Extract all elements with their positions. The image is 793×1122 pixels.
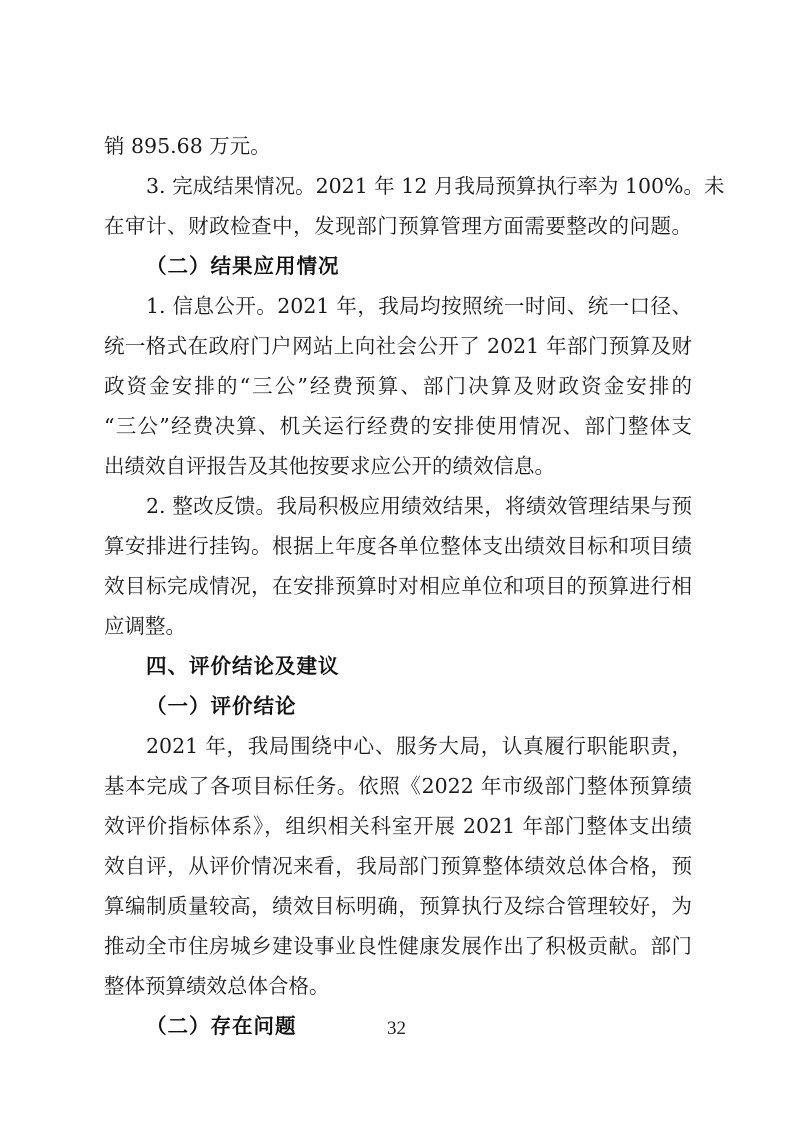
paragraph-line: 算安排进行挂钩。根据上年度各单位整体支出绩效目标和项目绩 [104, 526, 692, 566]
paragraph-line: 基本完成了各项目标任务。依照《2022 年市级部门整体预算绩 [104, 766, 692, 806]
section-heading: 四、评价结论及建议 [146, 646, 340, 686]
paragraph-line: “三公”经费决算、机关运行经费的安排使用情况、部门整体支 [104, 406, 692, 446]
document-page: 销 895.68 万元。3. 完成结果情况。2021 年 12 月我局预算执行率… [0, 0, 793, 1122]
section-heading: （二）结果应用情况 [146, 246, 340, 286]
paragraph-line: 在审计、财政检查中，发现部门预算管理方面需要整改的问题。 [104, 206, 692, 246]
paragraph-line: 整体预算绩效总体合格。 [104, 966, 692, 1006]
page-number: 32 [0, 1018, 793, 1040]
paragraph-line: 政资金安排的“三公”经费预算、部门决算及财政资金安排的 [104, 366, 692, 406]
paragraph-line: 统一格式在政府门户网站上向社会公开了 2021 年部门预算及财 [104, 326, 692, 366]
paragraph-line: 算编制质量较高，绩效目标明确，预算执行及综合管理较好，为 [104, 886, 692, 926]
paragraph-line: 推动全市住房城乡建设事业良性健康发展作出了积极贡献。部门 [104, 926, 692, 966]
paragraph-line: 应调整。 [104, 606, 692, 646]
paragraph-line: 出绩效自评报告及其他按要求应公开的绩效信息。 [104, 446, 692, 486]
paragraph-line: 3. 完成结果情况。2021 年 12 月我局预算执行率为 100%。未 [146, 166, 692, 206]
paragraph-line: 效评价指标体系》，组织相关科室开展 2021 年部门整体支出绩 [104, 806, 692, 846]
paragraph-line: 2. 整改反馈。我局积极应用绩效结果，将绩效管理结果与预 [146, 486, 692, 526]
paragraph-line: 效自评，从评价情况来看，我局部门预算整体绩效总体合格，预 [104, 846, 692, 886]
paragraph-line: 销 895.68 万元。 [104, 126, 692, 166]
paragraph-line: 2021 年，我局围绕中心、服务大局，认真履行职能职责， [146, 726, 692, 766]
paragraph-line: 1. 信息公开。2021 年，我局均按照统一时间、统一口径、 [146, 286, 692, 326]
paragraph-line: 效目标完成情况，在安排预算时对相应单位和项目的预算进行相 [104, 566, 692, 606]
section-heading: （一）评价结论 [146, 686, 297, 726]
